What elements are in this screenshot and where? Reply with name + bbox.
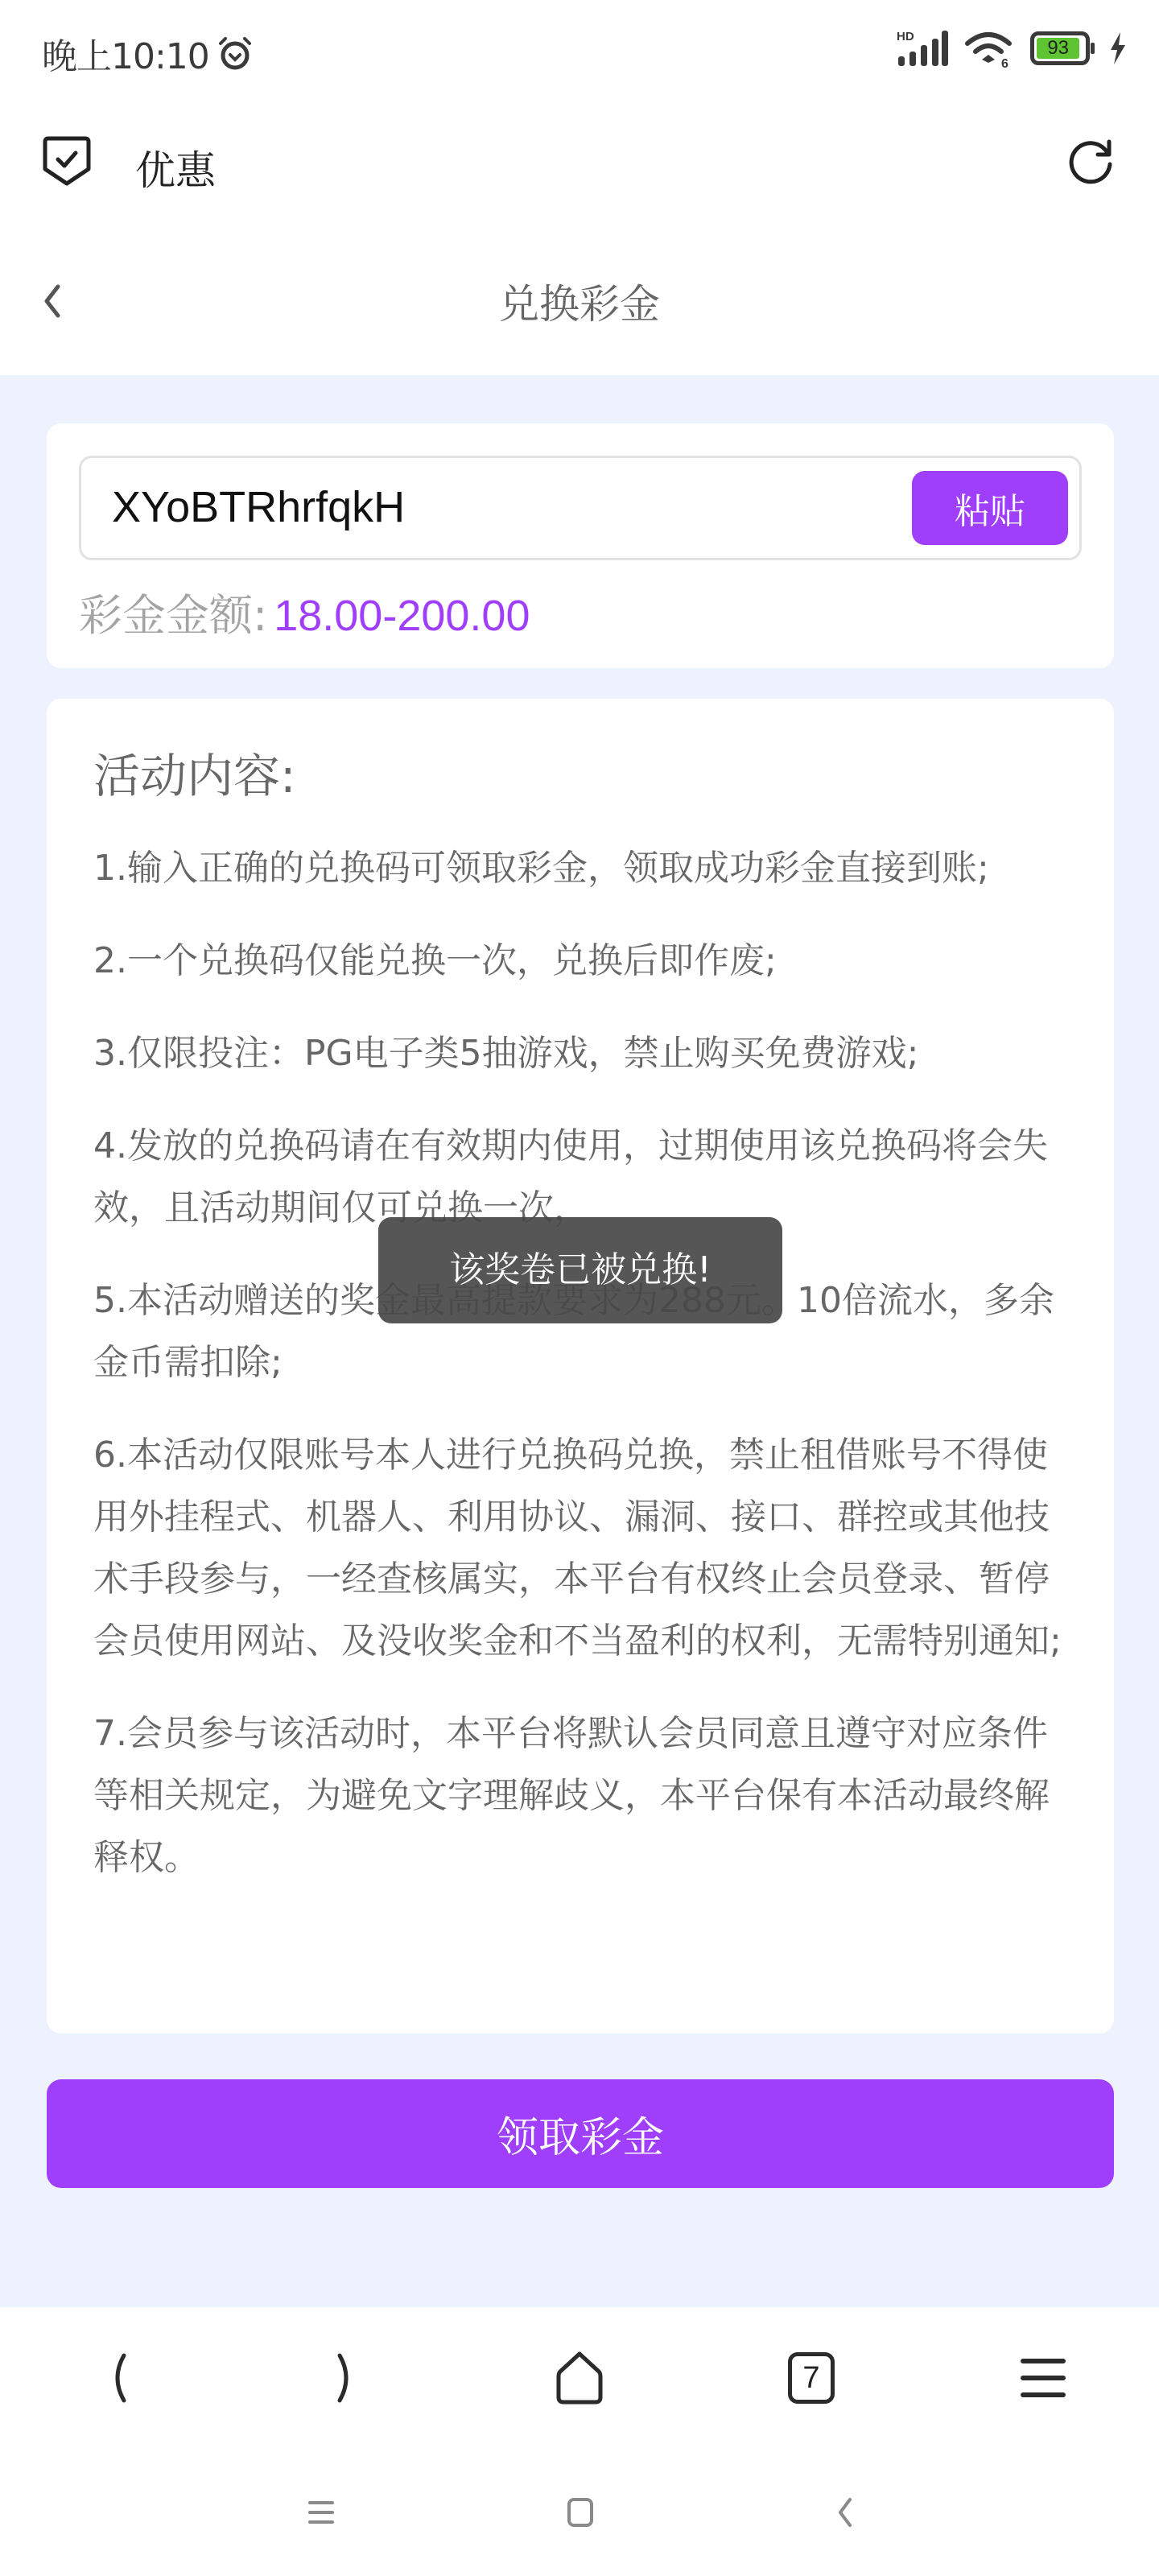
tab-count-icon: 7 bbox=[788, 2352, 835, 2404]
charging-lightning-icon bbox=[1109, 32, 1127, 64]
alarm-clock-icon bbox=[216, 34, 254, 72]
rules-title: 活动内容: bbox=[93, 744, 1067, 808]
home-icon bbox=[554, 2351, 605, 2405]
back-triangle-icon bbox=[832, 2496, 856, 2529]
chevron-left-icon bbox=[100, 2352, 132, 2404]
battery-level: 93 bbox=[1047, 37, 1069, 60]
system-navigation-bar bbox=[0, 2444, 1159, 2576]
redeem-card: XYoBTRhrfqkH 粘贴 彩金金额: 18.00-200.00 bbox=[47, 423, 1114, 668]
bonus-amount-value: 18.00-200.00 bbox=[274, 591, 530, 641]
rules-card: 活动内容: 1.输入正确的兑换码可领取彩金，领取成功彩金直接到账; 2.一个兑换… bbox=[47, 699, 1114, 2033]
system-back-button[interactable] bbox=[816, 2484, 872, 2541]
svg-text:6: 6 bbox=[1001, 57, 1008, 68]
wifi-icon: 6 bbox=[964, 29, 1016, 68]
system-recents-button[interactable] bbox=[293, 2484, 349, 2541]
claim-bonus-button[interactable]: 领取彩金 bbox=[47, 2079, 1114, 2188]
rule-item: 1.输入正确的兑换码可领取彩金，领取成功彩金直接到账; bbox=[93, 837, 1067, 899]
browser-forward-button[interactable] bbox=[316, 2346, 380, 2410]
redeem-code-input[interactable]: XYoBTRhrfqkH 粘贴 bbox=[79, 456, 1082, 560]
browser-page-title: 优惠 bbox=[135, 138, 216, 196]
paste-button[interactable]: 粘贴 bbox=[912, 471, 1068, 545]
status-indicators: HD 6 93 bbox=[897, 29, 1127, 68]
toast-message: 该奖卷已被兑换! bbox=[378, 1217, 782, 1323]
battery-indicator: 93 bbox=[1030, 31, 1095, 65]
svg-text:HD: HD bbox=[897, 30, 914, 43]
rule-item: 2.一个兑换码仅能兑换一次，兑换后即作废; bbox=[93, 930, 1067, 992]
shield-check-icon[interactable] bbox=[42, 135, 92, 187]
recents-menu-icon bbox=[307, 2498, 336, 2527]
refresh-icon[interactable] bbox=[1066, 137, 1116, 187]
browser-header: 优惠 bbox=[0, 100, 1159, 229]
page-content: XYoBTRhrfqkH 粘贴 彩金金额: 18.00-200.00 活动内容:… bbox=[0, 375, 1159, 2307]
page-title: 兑换彩金 bbox=[0, 272, 1159, 330]
hamburger-menu-icon bbox=[1019, 2354, 1067, 2402]
bonus-amount-label: 彩金金额: bbox=[79, 581, 267, 643]
browser-home-button[interactable] bbox=[547, 2346, 612, 2410]
browser-menu-button[interactable] bbox=[1011, 2346, 1075, 2410]
rule-item: 6.本活动仅限账号本人进行兑换码兑换，禁止租借账号不得使用外挂程式、机器人、利用… bbox=[93, 1424, 1067, 1672]
tab-count: 7 bbox=[802, 2361, 819, 2396]
page-nav-bar: 兑换彩金 bbox=[0, 229, 1159, 375]
rule-item: 3.仅限投注：PG电子类5抽游戏，禁止购买免费游戏; bbox=[93, 1022, 1067, 1084]
status-bar: 晚上10:10 HD 6 93 bbox=[0, 0, 1159, 100]
bonus-amount-row: 彩金金额: 18.00-200.00 bbox=[79, 581, 530, 643]
browser-tabs-button[interactable]: 7 bbox=[779, 2346, 843, 2410]
cellular-signal-icon: HD bbox=[897, 29, 950, 68]
rule-item: 7.会员参与该活动时，本平台将默认会员同意且遵守对应条件等相关规定，为避免文字理… bbox=[93, 1703, 1067, 1889]
home-square-icon bbox=[566, 2496, 595, 2529]
clock-text: 晚上10:10 bbox=[42, 27, 209, 79]
system-home-button[interactable] bbox=[552, 2484, 608, 2541]
status-time: 晚上10:10 bbox=[42, 27, 254, 79]
redeem-code-value[interactable]: XYoBTRhrfqkH bbox=[112, 482, 405, 532]
chevron-right-icon bbox=[332, 2352, 364, 2404]
browser-toolbar: 7 bbox=[0, 2307, 1159, 2444]
browser-back-button[interactable] bbox=[84, 2346, 148, 2410]
